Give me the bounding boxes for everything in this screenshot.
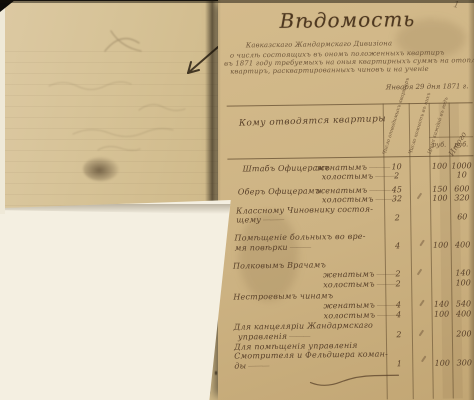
cell-total: 540 (451, 299, 474, 308)
table-row: щему 2 60 (218, 212, 474, 227)
scan-top-shadow (0, 0, 474, 3)
cell-quantity: 2 (386, 330, 412, 339)
cell-total: 140 (451, 268, 474, 277)
binding-crease (205, 0, 221, 212)
cell-quantity: 2 (384, 171, 410, 180)
page-content: 1 Вѣдомость Кавказскаго Жандармскаго Див… (215, 0, 474, 400)
faint-handwriting (43, 76, 203, 156)
row-label: управленія (238, 332, 310, 342)
right-page: 1 Вѣдомость Кавказскаго Жандармскаго Див… (218, 0, 474, 400)
cell-total: 400 (452, 309, 474, 318)
cell-price: 100 (429, 162, 449, 171)
cell-price: 140 (431, 300, 451, 309)
row-label: Помѣщеніе больныхъ во вре- (234, 232, 365, 243)
ink-speck (215, 371, 217, 375)
cell-price: 150 (430, 185, 450, 194)
table-row: мя повѣрки 4 100 400 (219, 240, 474, 255)
cell-price: 100 (431, 241, 451, 250)
cell-total: 60 (450, 212, 474, 221)
currency-label: руб. (430, 141, 448, 149)
cell-quantity: 2 (385, 269, 411, 278)
white-page-corner (0, 198, 238, 400)
cell-total: 1000 (449, 161, 473, 170)
cell-price: 100 (430, 194, 450, 203)
document-title: Вѣдомость (279, 7, 411, 33)
row-header: Кому отводятся квартиры (239, 114, 387, 129)
currency-label: руб. (452, 140, 470, 148)
cell-quantity: 4 (386, 310, 412, 319)
row-label: щему (236, 215, 283, 225)
closing-flourish (308, 369, 400, 386)
archival-scan: 1 Вѣдомость Кавказскаго Жандармскаго Див… (0, 0, 474, 400)
cell-total: 200 (452, 329, 474, 338)
scan-edge-strip (0, 0, 5, 214)
row-label: Нестроевымъ чинамъ (233, 291, 333, 301)
cell-quantity: 10 (383, 162, 409, 171)
cell-total: 10 (450, 170, 474, 179)
table-rule-top (227, 102, 473, 106)
cell-quantity: 32 (384, 194, 410, 203)
cell-price: 100 (432, 359, 452, 368)
cell-price: 100 (432, 310, 452, 319)
cell-quantity: 1 (386, 359, 412, 368)
cell-total: 100 (451, 278, 474, 287)
row-label: ды (234, 361, 269, 370)
subtitle-line: квартиръ, расквартированныхъ чиновъ и на… (230, 65, 429, 76)
table-rule-header-bottom (227, 155, 473, 159)
table-row: холостымъ 2 10 (218, 170, 474, 185)
cell-quantity: 4 (385, 241, 411, 250)
cell-quantity: 2 (385, 279, 411, 288)
cell-total: 400 (451, 240, 474, 249)
cell-total: 320 (450, 193, 474, 202)
cell-quantity: 4 (385, 300, 411, 309)
cell-total: 300 (452, 358, 474, 367)
row-label: Полковымъ Врачамъ (233, 260, 326, 270)
ink-stamp-smudge (83, 157, 119, 181)
cell-quantity: 2 (384, 213, 410, 222)
row-label: мя повѣрки (235, 243, 311, 253)
faint-cross-flourish (103, 29, 149, 59)
cell-quantity: 45 (384, 185, 410, 194)
cell-total: 600 (450, 184, 474, 193)
subtitle-line: Кавказскаго Жандармскаго Дивизіона (246, 39, 392, 49)
